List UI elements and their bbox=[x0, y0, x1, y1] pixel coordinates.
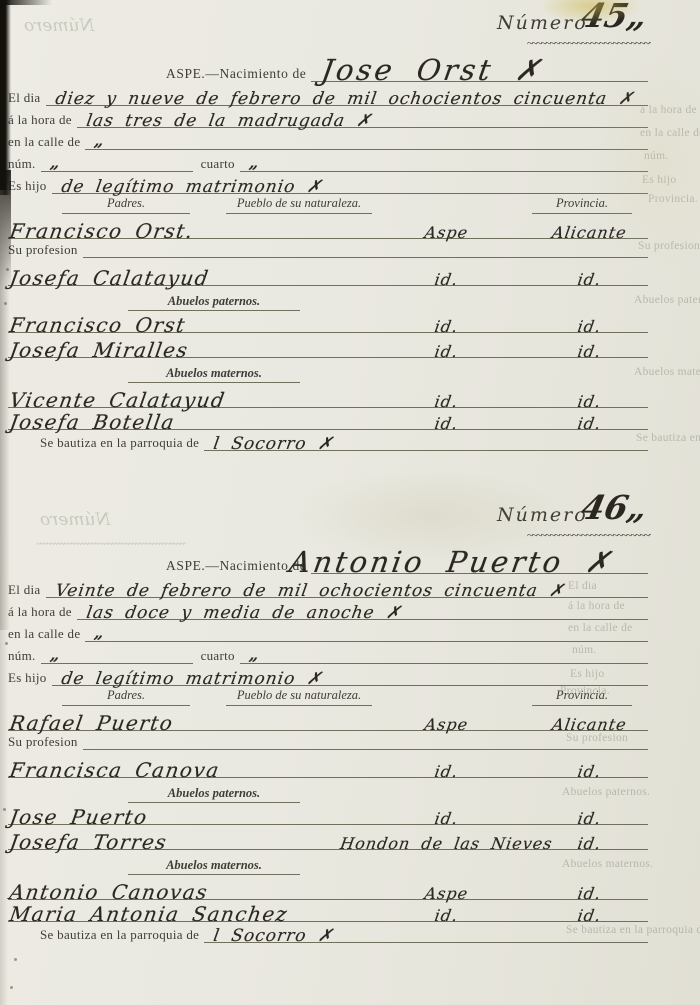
day-value: Veinte de febrero de mil ochocientos cin… bbox=[54, 581, 566, 601]
maternal-grandmother-provincia: id. bbox=[528, 414, 651, 433]
baptism-label: Se bautiza en la parroquia de bbox=[40, 927, 204, 943]
hijo-label: Es hijo bbox=[8, 178, 52, 194]
name-field: Jose Orst ✗ bbox=[311, 61, 648, 82]
cuarto-label: cuarto bbox=[193, 156, 240, 172]
child-name: Antonio Puerto ✗ bbox=[287, 545, 616, 579]
birth-record-46: Número ~~~~~~~~~~~~~~~~~~~~~~~~~~~~~~~~~… bbox=[0, 492, 700, 962]
maternal-grandfather-row: Vicente Calatayud id. id. bbox=[8, 383, 648, 408]
maternal-grandfather-row: Antonio Canovas Aspe id. bbox=[8, 875, 648, 900]
show-through-label: Abuelos maternos. bbox=[634, 366, 700, 378]
paternal-grandmother-provincia: id. bbox=[528, 834, 651, 853]
ink-speck bbox=[4, 302, 7, 305]
street-value: „ bbox=[93, 623, 105, 642]
maternal-grandmother-row: Josefa Botella id. id. bbox=[8, 408, 648, 430]
column-header-pueblo: Pueblo de su naturaleza. bbox=[226, 196, 372, 214]
column-header-padres: Padres. bbox=[62, 688, 190, 706]
show-through-label: á la hora de bbox=[568, 600, 625, 612]
cuarto-field: „ bbox=[240, 151, 648, 172]
street-field: „ bbox=[85, 129, 648, 150]
profession-line: Su profesion bbox=[8, 734, 648, 750]
street-label: en la calle de bbox=[8, 626, 85, 642]
housenum-label: núm. bbox=[8, 156, 41, 172]
ink-speck bbox=[14, 958, 17, 961]
maternal-grandmother-row: Maria Antonia Sanchez id. id. bbox=[8, 900, 648, 922]
show-through-label: Se bautiza en la parroquia de bbox=[566, 924, 700, 936]
paternal-grandmother-name: Josefa Torres bbox=[8, 830, 169, 854]
show-through-label: núm. bbox=[644, 150, 669, 162]
hour-value: las doce y media de anoche ✗ bbox=[85, 603, 403, 623]
father-row: Francisco Orst. Aspe Alicante bbox=[8, 214, 648, 239]
baptism-value: l Socorro ✗ bbox=[212, 434, 335, 454]
street-label: en la calle de bbox=[8, 134, 85, 150]
squiggle-divider: ~~~~~~~~~~~~~~~~~~~~~~~~~~~~~~~~~~~~~~~~… bbox=[527, 38, 651, 51]
profession-label: Su profesion bbox=[8, 242, 83, 258]
show-through-label: núm. bbox=[572, 644, 597, 656]
hour-label: á la hora de bbox=[8, 604, 77, 620]
number-cuarto-line: núm. „ cuarto „ bbox=[8, 644, 648, 664]
show-through-label: en la calle de bbox=[568, 622, 633, 634]
baptism-value: l Socorro ✗ bbox=[212, 926, 335, 946]
cuarto-label: cuarto bbox=[193, 648, 240, 664]
show-through-label: Provincia. bbox=[560, 685, 610, 697]
numero-value: 46„ bbox=[578, 488, 651, 527]
mother-row: Francisca Canova id. id. bbox=[8, 752, 648, 778]
hour-line: á la hora de las doce y media de anoche … bbox=[8, 600, 648, 620]
housenum-label: núm. bbox=[8, 648, 41, 664]
column-header-padres: Padres. bbox=[62, 196, 190, 214]
paternal-grandfather-row: Francisco Orst id. id. bbox=[8, 310, 648, 333]
housenum-field: „ bbox=[41, 151, 193, 172]
baptism-line: Se bautiza en la parroquia de l Socorro … bbox=[40, 434, 648, 451]
paternal-grandmother-row: Josefa Miralles id. id. bbox=[8, 334, 648, 358]
birth-record-45: Número Número 45„ ~~~~~~~~~~~~~~~~~~~~~~… bbox=[0, 0, 700, 470]
column-header-provincia: Provincia. bbox=[532, 196, 632, 214]
housenum-value: „ bbox=[49, 153, 61, 172]
heading-line: ASPE.—Nacimiento de Antonio Puerto ✗ bbox=[166, 554, 648, 574]
father-provincia: Alicante bbox=[528, 223, 651, 242]
hour-field: las doce y media de anoche ✗ bbox=[77, 599, 648, 620]
show-through-squiggle: ~~~~~~~~~~~~~~~~~~~~~~~~~~~~~~~~~~~~~~~~… bbox=[36, 540, 186, 550]
show-through-label: Se bautiza en la parroquia de bbox=[636, 432, 700, 444]
maternal-grandparents-label: Abuelos maternos. bbox=[128, 366, 300, 383]
maternal-grandmother-name: Josefa Botella bbox=[8, 410, 177, 434]
ink-speck bbox=[6, 268, 9, 271]
hijo-field: de legítimo matrimonio ✗ bbox=[52, 665, 648, 686]
show-through-numero: Número bbox=[40, 510, 110, 530]
hijo-field: de legítimo matrimonio ✗ bbox=[52, 173, 648, 194]
day-field: Veinte de febrero de mil ochocientos cin… bbox=[46, 577, 649, 598]
father-name: Rafael Puerto bbox=[8, 711, 175, 735]
name-field: Antonio Puerto ✗ bbox=[311, 553, 648, 574]
ink-speck bbox=[5, 642, 8, 645]
profession-field bbox=[83, 241, 648, 258]
paternal-grandparents-label: Abuelos paternos. bbox=[128, 294, 300, 311]
housenum-field: „ bbox=[41, 643, 193, 664]
show-through-numero: Número bbox=[24, 16, 94, 36]
hijo-value: de legítimo matrimonio ✗ bbox=[60, 669, 324, 689]
heading-label: ASPE.—Nacimiento de bbox=[166, 66, 311, 82]
show-through-label: Provincia. bbox=[648, 193, 698, 205]
mother-name: Josefa Calatayud bbox=[8, 266, 211, 290]
numero-label: Número bbox=[497, 504, 588, 526]
hijo-value: de legítimo matrimonio ✗ bbox=[60, 177, 324, 197]
show-through-label: Su profesion bbox=[566, 732, 628, 744]
housenum-value: „ bbox=[49, 645, 61, 664]
hijo-line: Es hijo de legítimo matrimonio ✗ bbox=[8, 174, 648, 194]
hour-label: á la hora de bbox=[8, 112, 77, 128]
street-line: en la calle de „ bbox=[8, 130, 648, 150]
paternal-grandmother-row: Josefa Torres Hondon de las Nieves id. bbox=[8, 826, 648, 850]
hour-value: las tres de la madrugada ✗ bbox=[85, 111, 373, 131]
father-row: Rafael Puerto Aspe Alicante bbox=[8, 706, 648, 731]
day-line: El dia diez y nueve de febrero de mil oc… bbox=[8, 86, 648, 106]
hour-field: las tres de la madrugada ✗ bbox=[77, 107, 648, 128]
show-through-label: El dia bbox=[568, 580, 597, 592]
maternal-grandparents-label: Abuelos maternos. bbox=[128, 858, 300, 875]
show-through-label: Abuelos paternos. bbox=[634, 294, 700, 306]
show-through-label: Es hijo bbox=[642, 174, 676, 186]
street-value: „ bbox=[93, 131, 105, 150]
ink-speck bbox=[3, 808, 6, 811]
hijo-label: Es hijo bbox=[8, 670, 52, 686]
paternal-grandmother-provincia: id. bbox=[528, 342, 651, 361]
profession-line: Su profesion bbox=[8, 242, 648, 258]
show-through-label: á la hora de bbox=[640, 104, 697, 116]
baptism-label: Se bautiza en la parroquia de bbox=[40, 435, 204, 451]
maternal-grandmother-name: Maria Antonia Sanchez bbox=[8, 902, 290, 926]
numero-value: 45„ bbox=[578, 0, 651, 35]
register-page: Número Número 45„ ~~~~~~~~~~~~~~~~~~~~~~… bbox=[0, 0, 700, 1005]
squiggle-divider: ~~~~~~~~~~~~~~~~~~~~~~~~~~~~~~~~~~~~~~~~… bbox=[527, 530, 651, 543]
day-label: El dia bbox=[8, 582, 46, 598]
show-through-label: en la calle de bbox=[640, 127, 700, 139]
profession-label: Su profesion bbox=[8, 734, 83, 750]
day-value: diez y nueve de febrero de mil ochocient… bbox=[54, 89, 635, 109]
day-label: El dia bbox=[8, 90, 46, 106]
heading-line: ASPE.—Nacimiento de Jose Orst ✗ bbox=[166, 62, 648, 82]
father-name: Francisco Orst. bbox=[8, 219, 196, 243]
cuarto-value: „ bbox=[248, 645, 260, 664]
paternal-grandparents-label: Abuelos paternos. bbox=[128, 786, 300, 803]
show-through-label: Es hijo bbox=[570, 668, 604, 680]
show-through-label: Su profesion bbox=[638, 240, 700, 252]
numero-label: Número bbox=[497, 12, 588, 34]
mother-provincia: id. bbox=[528, 270, 651, 289]
paternal-grandfather-row: Jose Puerto id. id. bbox=[8, 802, 648, 825]
ink-speck bbox=[9, 430, 12, 433]
cuarto-value: „ bbox=[248, 153, 260, 172]
show-through-label: Abuelos paternos. bbox=[562, 786, 650, 798]
mother-provincia: id. bbox=[528, 762, 651, 781]
day-line: El dia Veinte de febrero de mil ochocien… bbox=[8, 578, 648, 598]
street-field: „ bbox=[85, 621, 648, 642]
profession-field bbox=[83, 733, 648, 750]
ink-speck bbox=[10, 986, 13, 989]
column-header-pueblo: Pueblo de su naturaleza. bbox=[226, 688, 372, 706]
day-field: diez y nueve de febrero de mil ochocient… bbox=[46, 85, 649, 106]
paternal-grandmother-name: Josefa Miralles bbox=[8, 338, 190, 362]
number-cuarto-line: núm. „ cuarto „ bbox=[8, 152, 648, 172]
baptism-field: l Socorro ✗ bbox=[204, 433, 648, 451]
mother-name: Francisca Canova bbox=[8, 758, 222, 782]
hour-line: á la hora de las tres de la madrugada ✗ bbox=[8, 108, 648, 128]
child-name: Jose Orst ✗ bbox=[319, 53, 545, 87]
baptism-line: Se bautiza en la parroquia de l Socorro … bbox=[40, 926, 648, 943]
mother-row: Josefa Calatayud id. id. bbox=[8, 260, 648, 286]
show-through-label: Abuelos maternos. bbox=[562, 858, 653, 870]
street-line: en la calle de „ bbox=[8, 622, 648, 642]
maternal-grandmother-provincia: id. bbox=[528, 906, 651, 925]
hijo-line: Es hijo de legítimo matrimonio ✗ bbox=[8, 666, 648, 686]
